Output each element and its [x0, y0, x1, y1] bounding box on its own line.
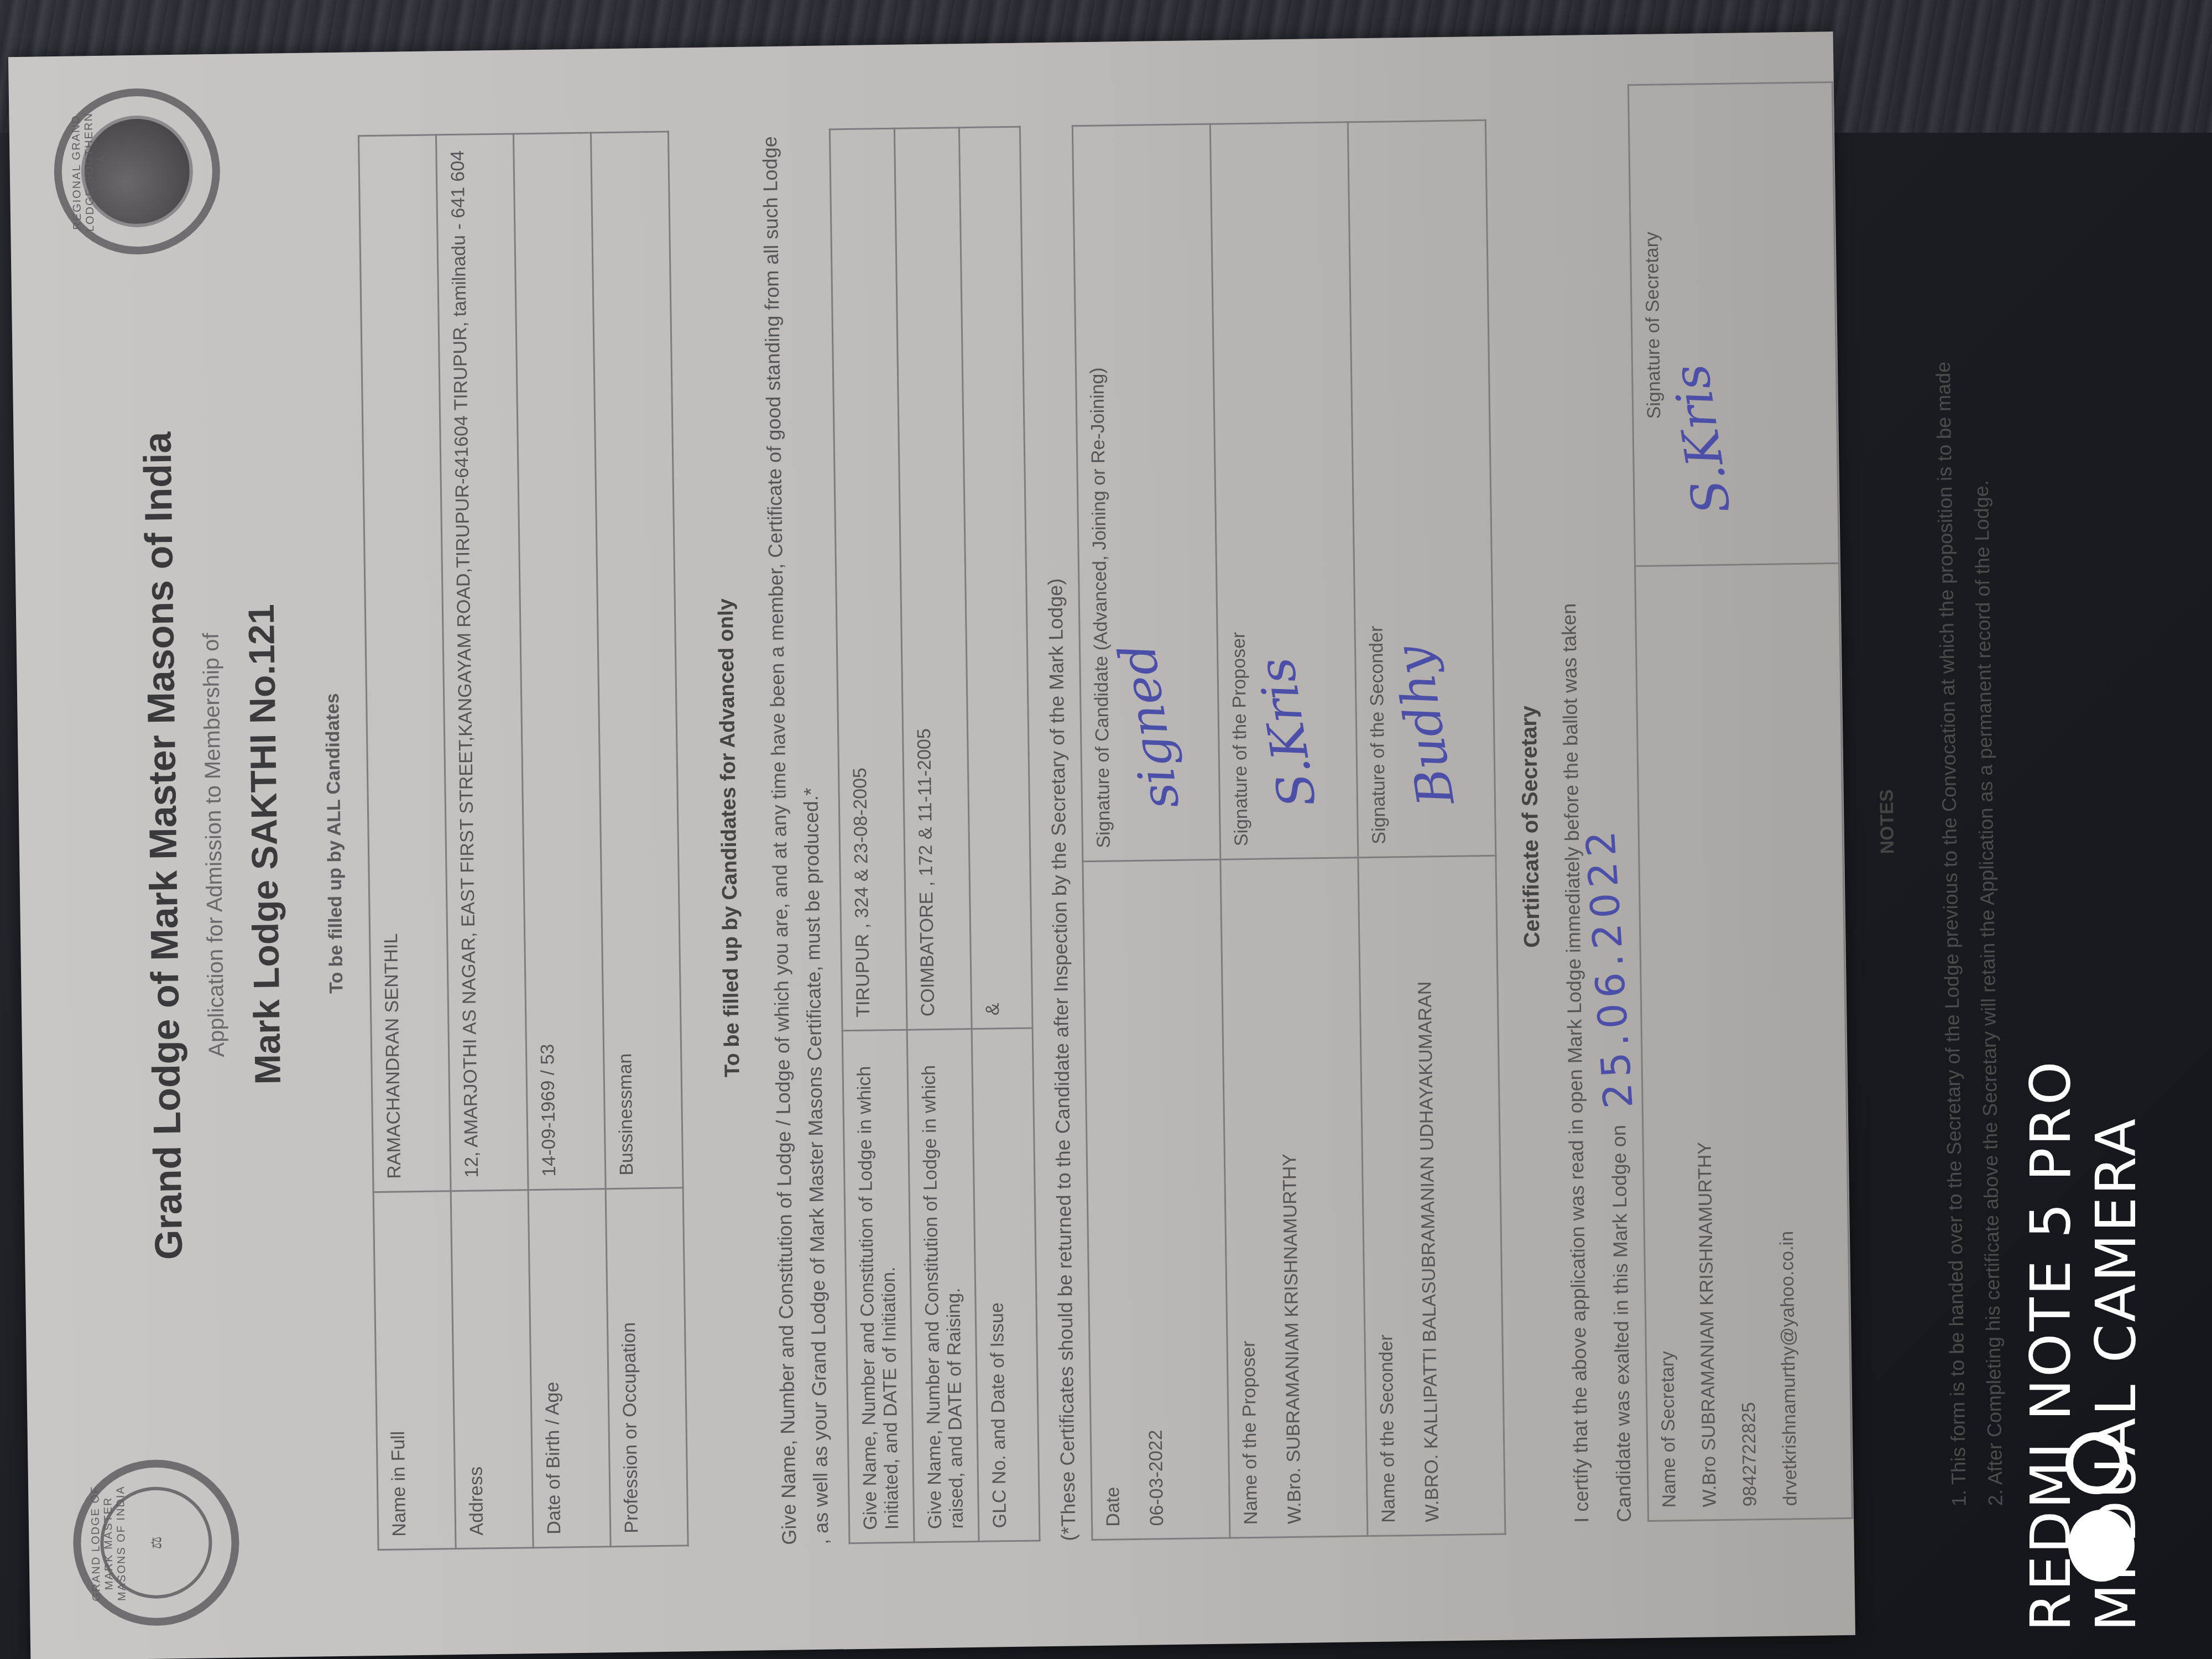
seconder-cell: Name of the Seconder W.BRO. KALLIPATTI B…	[1358, 855, 1505, 1536]
table-row: Name of the Proposer W.Bro. SUBRAMANIAM …	[1210, 122, 1368, 1538]
all-candidates-heading: To be filled up by ALL Candidates	[314, 135, 356, 1551]
seconder-label: Name of the Seconder	[1369, 870, 1400, 1522]
table-row: Name of the Seconder W.BRO. KALLIPATTI B…	[1348, 120, 1505, 1536]
seconder-name: W.BRO. KALLIPATTI BALASUBRAMANIAN UDHAYA…	[1415, 981, 1443, 1522]
secretary-email: drvetkrishnamurthy@yahoo.co.in	[1767, 577, 1801, 1506]
secretary-phone: 9842722825	[1726, 577, 1761, 1506]
date-cell: Date 06-03-2022	[1083, 859, 1230, 1540]
application-form-paper: GRAND LODGE OF MARK MASTER MASONS OF IND…	[8, 32, 1855, 1659]
table-row: Name of Secretary W.Bro SUBRAMANIAM KRIS…	[1628, 82, 1852, 1521]
proposer-signature-ink: S.Kris	[1247, 654, 1327, 811]
advanced-section-heading: To be filled up by Candidates for Advanc…	[708, 130, 752, 1546]
field-label: Profession or Occupation	[606, 1188, 688, 1547]
raising-lodge-value: COIMBATORE , 172 & 11-11-2005	[894, 128, 972, 1030]
secretary-details-cell: Name of Secretary W.Bro SUBRAMANIAM KRIS…	[1635, 564, 1853, 1521]
watermark-line-2: MI DUAL CAMERA	[2084, 1059, 2149, 1631]
date-value: 06-03-2022	[1145, 1430, 1167, 1526]
table-row: Date 06-03-2022 Signature of Candidate (…	[1072, 124, 1230, 1540]
lodge-name: Mark Lodge SAKTHI No.121	[233, 136, 295, 1552]
watermark-line-1: REDMI NOTE 5 PRO	[2018, 1059, 2084, 1631]
certificate-of-secretary-text: I certify that the above application was…	[1545, 117, 1642, 1534]
seconder-signature-ink: Budhy	[1384, 642, 1465, 810]
field-label: Date of Birth / Age	[528, 1189, 611, 1548]
notes-list: 1. This form is to be handed over to the…	[1922, 112, 2015, 1529]
proposer-name: W.Bro. SUBRAMANIAM KRISHNAMURTHY	[1279, 1154, 1305, 1524]
secretary-signature-label: Signature of Secretary	[1641, 232, 1665, 419]
field-label: Give Name, Number and Constitution of Lo…	[842, 1030, 914, 1543]
candidate-signature-cell: Signature of Candidate (Advanced, Joinin…	[1072, 124, 1220, 861]
name-in-full-value: RAMACHANDRAN SENTHIL	[358, 135, 451, 1192]
profession-value: Bussinessman	[591, 132, 683, 1189]
proposer-cell: Name of the Proposer W.Bro. SUBRAMANIAM …	[1220, 858, 1368, 1538]
glc-value: &	[959, 127, 1032, 1029]
secretary-signature-ink: S.Kris	[1662, 361, 1742, 518]
form-body: Grand Lodge of Mark Master Masons of Ind…	[70, 112, 2014, 1554]
certificate-line-2-text: Candidate was exalted in this Mark Lodge…	[1607, 1125, 1635, 1522]
form-header: Grand Lodge of Mark Master Masons of Ind…	[131, 135, 356, 1554]
seconder-signature-cell: Signature of the Seconder Budhy	[1348, 120, 1496, 857]
candidate-signature-label: Signature of Candidate (Advanced, Joinin…	[1087, 367, 1114, 848]
proposer-label: Name of the Proposer	[1232, 872, 1262, 1525]
signatures-table: Date 06-03-2022 Signature of Candidate (…	[1072, 119, 1506, 1541]
field-label: Name in Full	[373, 1191, 456, 1550]
document-title: Grand Lodge of Mark Master Masons of Ind…	[131, 138, 195, 1554]
camera-watermark: REDMI NOTE 5 PRO MI DUAL CAMERA	[2018, 1059, 2149, 1631]
certificates-note: (*These Certificates should be returned …	[1037, 126, 1081, 1541]
secretary-label: Name of Secretary	[1646, 578, 1680, 1507]
secretary-signature-cell: Signature of Secretary S.Kris	[1628, 82, 1839, 566]
notes-heading: NOTES	[1867, 114, 1908, 1530]
secretary-name: W.Bro SUBRAMANIAM KRISHNAMURTHY	[1686, 578, 1720, 1507]
candidate-signature-ink: signed	[1108, 640, 1191, 813]
advanced-instructions: Give Name, Number and Constitution of Lo…	[754, 129, 838, 1545]
date-label: Date	[1094, 874, 1124, 1526]
secretary-table: Name of Secretary W.Bro SUBRAMANIAM KRIS…	[1627, 81, 1853, 1522]
field-label: Give Name, Number and Constitution of Lo…	[907, 1029, 979, 1543]
dob-age-value: 14-09-1969 / 53	[513, 133, 606, 1190]
proposer-signature-cell: Signature of the Proposer S.Kris	[1210, 122, 1358, 859]
field-label: GLC No. and Date of Issue	[972, 1028, 1040, 1541]
personal-details-table: Name in Full RAMACHANDRAN SENTHIL Addres…	[358, 131, 689, 1551]
certificate-of-secretary-heading: Certificate of Secretary	[1509, 119, 1553, 1535]
address-value: 12, AMARJOTHI AS NAGAR, EAST FIRST STREE…	[436, 134, 528, 1191]
field-label: Address	[451, 1190, 533, 1549]
document-subtitle: Application for Admission to Membership …	[192, 137, 237, 1553]
initiation-lodge-value: TIRUPUR , 324 & 23-08-2005	[830, 128, 907, 1030]
lodge-details-table: Give Name, Number and Constitution of Lo…	[829, 126, 1041, 1545]
